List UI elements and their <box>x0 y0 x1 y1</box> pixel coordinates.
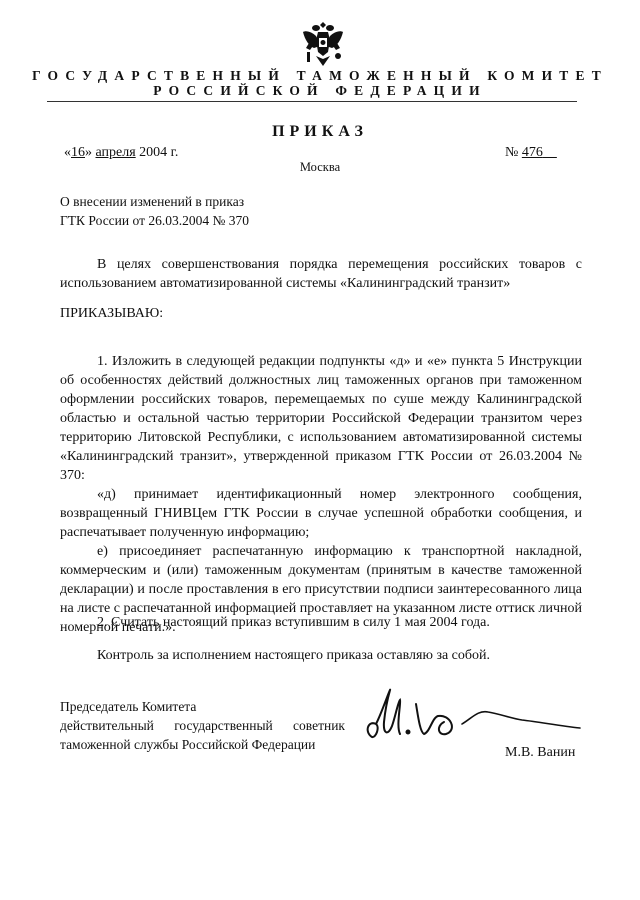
item-1-subitem-d: «д) принимает идентификационный номер эл… <box>60 485 582 542</box>
org-name-line2: РОССИЙСКОЙ ФЕДЕРАЦИИ <box>0 83 640 99</box>
date-month: апреля <box>96 145 136 160</box>
number-value: 476 <box>522 145 557 160</box>
document-number: № 476 <box>505 145 557 161</box>
date-day: 16 <box>71 145 85 160</box>
intro-paragraph: В целях совершенствования порядка переме… <box>60 255 582 293</box>
document-subject: О внесении изменений в приказ ГТК России… <box>60 192 249 230</box>
subject-line1: О внесении изменений в приказ <box>60 192 249 211</box>
control-text: Контроль за исполнением настоящего прика… <box>97 648 490 664</box>
document-title: ПРИКАЗ <box>0 123 640 141</box>
item-2-text: 2. Считать настоящий приказ вступившим в… <box>97 615 490 631</box>
position-line1: Председатель Комитета <box>60 697 345 716</box>
document-city: Москва <box>0 160 640 175</box>
handwritten-signature-icon <box>360 682 590 752</box>
date-close-quote: » <box>85 145 96 160</box>
item-1-text: 1. Изложить в следующей редакции подпунк… <box>60 352 582 485</box>
date-open-quote: « <box>64 145 71 160</box>
header-divider <box>47 101 577 102</box>
document-date: «16» апреля 2004 г. <box>64 145 178 161</box>
org-name-line1: ГОСУДАРСТВЕННЫЙ ТАМОЖЕННЫЙ КОМИТЕТ <box>0 68 640 84</box>
item-1-block: 1. Изложить в следующей редакции подпунк… <box>60 352 582 637</box>
signatory-name: М.В. Ванин <box>505 745 575 761</box>
intro-text: В целях совершенствования порядка переме… <box>60 255 582 293</box>
subject-line2: ГТК России от 26.03.2004 № 370 <box>60 211 249 230</box>
position-line3: таможенной службы Российской Федерации <box>60 735 345 754</box>
signatory-position: Председатель Комитета действительный гос… <box>60 697 345 754</box>
coat-of-arms-icon <box>300 18 346 70</box>
date-year: 2004 г. <box>136 145 179 160</box>
number-label: № <box>505 145 522 160</box>
order-word: ПРИКАЗЫВАЮ: <box>60 306 163 322</box>
position-line2: действительный государственный советник <box>60 716 345 735</box>
